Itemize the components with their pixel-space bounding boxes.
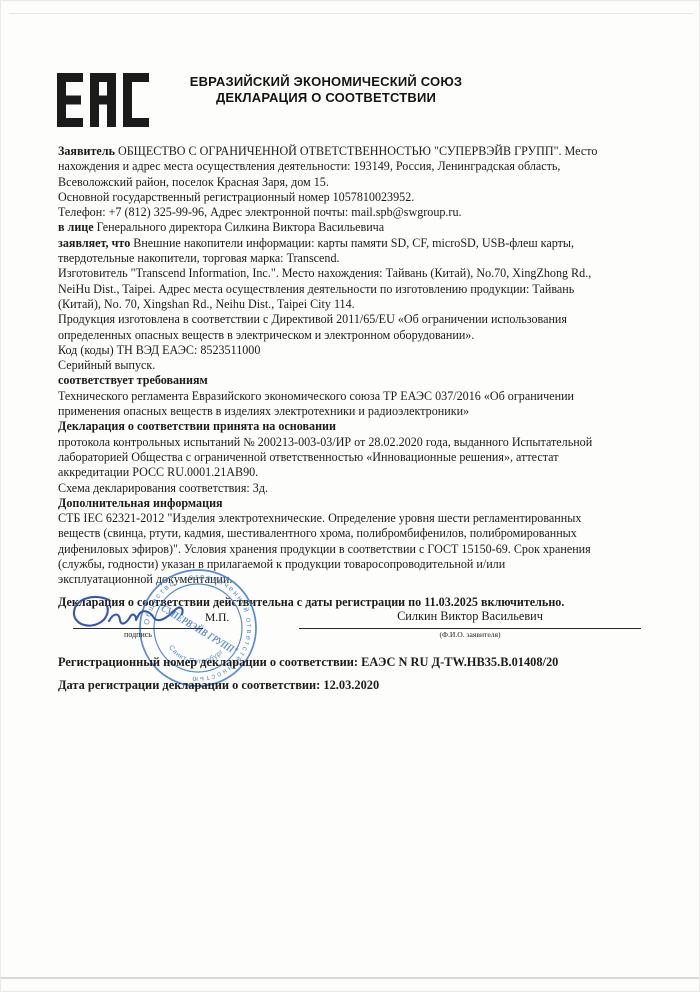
declaration-document: ЕВРАЗИЙСКИЙ ЭКОНОМИЧЕСКИЙ СОЮЗ ДЕКЛАРАЦИ… <box>0 0 700 992</box>
text-line: Дополнительная информация <box>58 496 664 511</box>
text-line: нахождения и адрес места осуществления д… <box>58 159 664 174</box>
document-title: ЕВРАЗИЙСКИЙ ЭКОНОМИЧЕСКИЙ СОЮЗ ДЕКЛАРАЦИ… <box>1 74 651 105</box>
text-line: Изготовитель "Transcend Information, Inc… <box>58 266 664 281</box>
scan-artifact-line <box>9 13 693 14</box>
text-line: Декларация о соответствии принята на осн… <box>58 419 664 434</box>
text-line: дифениловых эфиров)". Условия хранения п… <box>58 542 664 557</box>
applicant-name: Силкин Виктор Васильевич <box>299 609 641 624</box>
text-line: Технического регламента Евразийского эко… <box>58 389 664 404</box>
text-line: соответствует требованиям <box>58 373 664 388</box>
text-line: Код (коды) ТН ВЭД ЕАЭС: 8523511000 <box>58 343 664 358</box>
signature-line <box>73 628 203 629</box>
text-line: веществ (свинца, ртути, кадмия, шестивал… <box>58 526 664 541</box>
signature-caption: подпись <box>73 630 203 639</box>
text-line: твердотельные накопители, торговая марка… <box>58 251 664 266</box>
document-body: Заявитель ОБЩЕСТВО С ОГРАНИЧЕННОЙ ОТВЕТС… <box>58 144 664 610</box>
text-line: Всеволожский район, поселок Красная Заря… <box>58 175 664 190</box>
text-line: Серийный выпуск. <box>58 358 664 373</box>
text-line: определенных опасных веществ в электриче… <box>58 328 664 343</box>
text-line: заявляет, что Внешние накопители информа… <box>58 236 664 251</box>
stamp-place-label: М.П. <box>205 612 229 624</box>
text-line: Продукция изготовлена в соответствии с Д… <box>58 312 664 327</box>
text-line: в лице Генерального директора Силкина Ви… <box>58 220 664 235</box>
title-declaration-line: ДЕКЛАРАЦИЯ О СООТВЕТСТВИИ <box>1 90 651 106</box>
text-line: применения опасных веществ в изделиях эл… <box>58 404 664 419</box>
text-line: (Китай), No. 70, Xingshan Rd., Neihu Dis… <box>58 297 664 312</box>
text-line: аккредитации РОСС RU.0001.21АВ90. <box>58 465 664 480</box>
text-line: Схема декларирования соответствия: 3д. <box>58 481 664 496</box>
registration-number-line: Регистрационный номер декларации о соотв… <box>58 655 558 670</box>
title-union-line: ЕВРАЗИЙСКИЙ ЭКОНОМИЧЕСКИЙ СОЮЗ <box>1 74 651 90</box>
applicant-name-caption: (Ф.И.О. заявителя) <box>299 630 641 639</box>
text-line: Заявитель ОБЩЕСТВО С ОГРАНИЧЕННОЙ ОТВЕТС… <box>58 144 664 159</box>
registration-date-line: Дата регистрации декларации о соответств… <box>58 678 379 693</box>
text-line: лабораторией Общества с ограниченной отв… <box>58 450 664 465</box>
text-line: Основной государственный регистрационный… <box>58 190 664 205</box>
applicant-name-line <box>299 628 641 629</box>
text-line: Телефон: +7 (812) 325-99-96, Адрес элект… <box>58 205 664 220</box>
scan-artifact-line <box>1 977 699 979</box>
text-line: NeiHu Dist., Taipei. Адрес места осущест… <box>58 282 664 297</box>
text-line: протокола контрольных испытаний № 200213… <box>58 435 664 450</box>
text-line: СТБ IEC 62321-2012 "Изделия электротехни… <box>58 511 664 526</box>
